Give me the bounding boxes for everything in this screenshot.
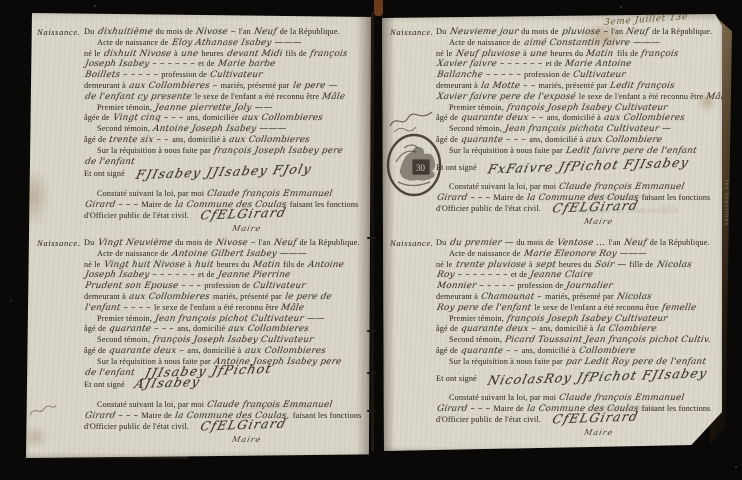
record-line: Xavier faivre – – – – – – et de Marie An…: [436, 57, 722, 68]
birth-record-left-1: Du dixhuitième du mois de Nivose – l'an …: [84, 25, 371, 232]
birth-record-right-1: Du Neuvieme jour du mois de pluviose – l…: [436, 25, 722, 226]
record-line: Et ont signé FxFaivre JfPichot FJIsabey: [436, 161, 722, 172]
printed-text: ans, domicilié: [175, 324, 227, 333]
printed-text: l'an: [606, 238, 622, 247]
handwritten-text: Jeanne Claire: [529, 270, 596, 281]
record-line: Maire: [436, 426, 722, 437]
printed-text: Du: [436, 238, 449, 247]
printed-text: l'an: [256, 238, 272, 247]
handwritten-text: aux Collombieres: [227, 135, 311, 146]
handwritten-text: Xavier faivre pere de l'exposé: [435, 92, 577, 103]
handwritten-text: Matin: [585, 49, 616, 60]
printed-text: faisant les fonctions: [291, 411, 362, 420]
printed-text: Premier témoin,: [449, 103, 506, 112]
printed-text: et de: [543, 59, 564, 68]
record-line: Maire: [84, 433, 371, 444]
handwritten-text: aux Collombiere: [585, 135, 665, 146]
printed-text: du mois de: [514, 238, 556, 247]
printed-text: heures du: [214, 260, 251, 269]
handwritten-text: Matin: [251, 260, 282, 271]
printed-text: fils de: [281, 260, 307, 269]
record-line: Constaté suivant la loi, par moi Claude …: [84, 398, 371, 409]
handwritten-text: le pere —: [291, 81, 339, 92]
printed-text: Maire de: [139, 411, 174, 420]
handwritten-text: femelle: [660, 303, 698, 314]
printed-text: Constaté suivant la loi, par moi: [449, 182, 558, 191]
handwritten-text: Mâle: [280, 303, 307, 314]
record-line: de l'enfant cy presente le sexe de l'enf…: [84, 90, 371, 101]
stamp: 30: [386, 132, 444, 198]
printed-text: le sexe de l'enfant a été reconnu être: [152, 303, 281, 312]
printed-text: profession de: [522, 70, 572, 79]
handwritten-text: Picard Toussaint Jean françois pichot Cu…: [503, 335, 713, 346]
printed-text: faisant les fonctions: [640, 193, 711, 202]
printed-text: du mois de: [519, 27, 561, 36]
handwritten-text: la Motte – –: [479, 81, 537, 92]
margin-paraph-right: [388, 108, 434, 134]
signature: CfELGirard: [200, 208, 288, 219]
printed-text: ans, domicilié à: [545, 113, 603, 122]
printed-text: profession de: [515, 281, 565, 290]
printed-text: profession de: [202, 281, 252, 290]
printed-text: âgé de: [84, 346, 108, 355]
handwritten-text: Journalier: [565, 281, 615, 292]
handwritten-text: pluviose –: [560, 27, 610, 38]
birth-record-left-2: Du Vingt Neuvième du mois de Nivose – l'…: [84, 236, 371, 443]
handwritten-text: Girard – – –: [435, 404, 492, 415]
stain-left-edge: [26, 168, 50, 226]
record-line: Boillets – – – – – profession de Cultiva…: [84, 68, 371, 79]
printed-text: Premier témoin,: [97, 314, 154, 323]
printed-text: Et ont signé: [436, 374, 479, 383]
printed-text: âgé de: [436, 324, 460, 333]
printed-text: faisant les fonctions: [640, 404, 711, 413]
signature: FxFaivre JfPichot FJIsabey: [487, 158, 690, 173]
printed-text: demeurant à: [84, 292, 128, 301]
printed-text: ans, domicilié à: [527, 135, 585, 144]
handwritten-text: françois Joseph Isabey Cultivateur: [151, 335, 315, 346]
printed-text: l'an: [237, 27, 253, 36]
record-line: Maire: [84, 222, 371, 233]
printed-text: d'Officier public de l'état civil.: [436, 204, 543, 213]
printed-text: heures: [199, 49, 226, 58]
printed-text: l'an: [609, 27, 625, 36]
handwritten-text: le pere de: [283, 292, 333, 303]
printed-text: d'Officier public de l'état civil.: [436, 415, 543, 424]
printed-text: Second témoin,: [97, 124, 152, 133]
handwritten-text: françois: [308, 49, 349, 60]
signature: CfELGirard: [552, 412, 640, 423]
handwritten-text: Neuf pluviose: [454, 49, 522, 60]
handwritten-text: huit: [193, 260, 215, 271]
handwritten-text: Mâle: [705, 92, 722, 103]
handwritten-text: Neuf: [624, 27, 650, 38]
handwritten-text: la Clombiere: [595, 324, 658, 335]
record-line: Monnier – – – – – profession de Journali…: [436, 279, 722, 290]
printed-text: fille de: [627, 260, 656, 269]
signature-title: Maire: [583, 428, 614, 439]
printed-text: d'Officier public de l'état civil.: [84, 211, 191, 220]
handwritten-text: Joseph Isabey – – – – – –: [83, 59, 197, 70]
handwritten-text: aimé Constantin faivre ———: [522, 38, 662, 49]
printed-text: Second témoin,: [97, 335, 152, 344]
handwritten-text: Claude françois Emmanuel: [557, 393, 686, 404]
handwritten-text: Marie Eleonore Roy ———: [522, 249, 648, 260]
handwritten-text: aux Collombieres: [227, 324, 311, 335]
handwritten-text: Monnier – – – – –: [435, 281, 516, 292]
handwritten-text: Eloy Athanase Isabey ———: [170, 38, 303, 49]
printed-text: de la République.: [648, 238, 710, 247]
handwritten-text: Prudent son Epouse – – –: [83, 281, 203, 292]
printed-text: Maire de: [491, 193, 526, 202]
signature-title: Maire: [231, 224, 262, 235]
printed-text: ans, domicilié à: [185, 346, 243, 355]
handwritten-text: de l'enfant: [83, 157, 136, 168]
handwritten-text: Vingt huit Nivose: [102, 260, 187, 271]
handwritten-text: Soir —: [593, 260, 628, 271]
handwritten-text: quarante – – –: [107, 324, 176, 335]
binding-tab: [374, 0, 383, 16]
handwritten-text: Claude françois Emmanuel: [205, 400, 334, 411]
printed-text: le sexe de l'enfant a été reconnu être: [532, 303, 661, 312]
printed-text: et de: [509, 270, 530, 279]
printed-text: mariés, présenté par: [536, 81, 609, 90]
record-line: Du du premier — du mois de Ventose ... l…: [436, 236, 722, 247]
handwritten-text: trente six – –: [107, 135, 170, 146]
printed-text: âgé de: [436, 113, 460, 122]
printed-text: de la République.: [650, 27, 712, 36]
printed-text: fils de: [283, 49, 309, 58]
printed-text: Premier témoin,: [449, 314, 506, 323]
handwritten-text: Marie barbe: [216, 59, 277, 70]
printed-text: Acte de naissance de: [97, 38, 171, 47]
printed-text: Acte de naissance de: [449, 38, 523, 47]
margin-paraph-left: [28, 402, 58, 420]
signature-title: Maire: [583, 217, 614, 228]
handwritten-text: Ledit françois: [609, 81, 677, 92]
handwritten-text: Cultivateur: [571, 70, 627, 81]
handwritten-text: Neuf: [622, 238, 648, 249]
printed-text: Et ont signé: [84, 380, 125, 389]
handwritten-text: Vingt Neuvième: [96, 238, 174, 249]
handwritten-text: Mâle: [320, 92, 347, 103]
handwritten-text: quarante deux –: [459, 324, 538, 335]
margin-label-naissance: Naissance.: [390, 27, 433, 37]
printed-text: Du: [84, 27, 97, 36]
handwritten-text: Jean françois pichota Cultivateur —: [503, 124, 673, 135]
record-line: Du dixhuitième du mois de Nivose – l'an …: [84, 25, 371, 36]
record-line: Constaté suivant la loi, par moi Claude …: [84, 187, 371, 198]
dust-specks: [0, 0, 2, 2]
printed-text: âgée de: [84, 113, 112, 122]
record-line: âgé de quarante – – – ans, domicilié aux…: [84, 322, 371, 333]
handwritten-text: une: [179, 49, 200, 60]
printed-text: né le: [84, 49, 103, 58]
printed-text: Du: [436, 27, 449, 36]
printed-text: Constaté suivant la loi, par moi: [97, 189, 206, 198]
handwritten-text: trente pluviose: [454, 260, 528, 271]
handwritten-text: Jean françois pichot Cultivateur ——: [153, 314, 326, 325]
handwritten-text: Roy – – – – – – –: [435, 270, 509, 281]
handwritten-text: Neuf: [252, 27, 278, 38]
printed-text: Du: [84, 238, 97, 247]
handwritten-text: Nivose –: [194, 27, 237, 38]
printed-text: âgé de: [84, 135, 108, 144]
handwritten-text: Girard – – –: [83, 200, 140, 211]
signature: CfELGirard: [200, 419, 288, 430]
printed-text: profession de: [159, 70, 209, 79]
printed-text: âgé de: [436, 346, 460, 355]
handwritten-text: Nicolas: [655, 260, 693, 271]
signature: AJIsabey: [134, 378, 202, 388]
handwritten-text: dixhuitième: [96, 27, 155, 38]
handwritten-text: de l'enfant cy presente: [83, 92, 193, 103]
printed-text: demeurant à: [436, 81, 480, 90]
handwritten-text: Antoine Joseph Isabey ———: [151, 124, 288, 135]
record-line: Xavier faivre pere de l'exposé le sexe d…: [436, 90, 722, 101]
handwritten-text: quarante – –: [459, 346, 520, 357]
handwritten-text: devant Midi: [225, 49, 284, 60]
record-line: Et ont signé NicolasRoy JfPichot FJIsabe…: [436, 372, 722, 383]
handwritten-text: aux Collombieres –: [127, 81, 219, 92]
printed-text: né le: [436, 49, 455, 58]
handwritten-text: aux Collombieres: [243, 346, 327, 357]
handwritten-text: aux Collombieres: [240, 113, 324, 124]
gutter-shadow: [371, 12, 374, 452]
printed-text: Maire de: [139, 200, 174, 209]
handwritten-text: françois Joseph Isabey Cultivateur: [505, 103, 669, 114]
handwritten-text: françois: [640, 49, 681, 60]
printed-text: du mois de: [173, 238, 215, 247]
record-line: Roy pere de l'enfant le sexe de l'enfant…: [436, 301, 722, 312]
printed-text: ans, domiciliée: [185, 113, 241, 122]
record-line: Du Neuvieme jour du mois de pluviose – l…: [436, 25, 722, 36]
handwritten-text: Roy pere de l'enfant: [435, 303, 533, 314]
printed-text: Sur la réquisition à nous faite par: [449, 146, 565, 155]
printed-text: né le: [84, 260, 103, 269]
handwritten-text: Jeanne pierrette Joly ——: [153, 103, 274, 114]
handwritten-text: Jeanne Pierrine: [216, 270, 292, 281]
handwritten-text: Nicolas: [615, 292, 653, 303]
printed-text: Constaté suivant la loi, par moi: [97, 400, 206, 409]
record-line: Constaté suivant la loi, par moi Claude …: [436, 180, 722, 191]
stain-left-bottom: [26, 426, 48, 448]
signature: CfELGirard: [552, 201, 640, 212]
handwritten-text: Antoine: [306, 260, 346, 271]
printed-text: Constaté suivant la loi, par moi: [449, 393, 558, 402]
printed-text: heures du: [548, 49, 585, 58]
handwritten-text: du premier —: [448, 238, 515, 249]
printed-text: mariés, présenté par: [218, 81, 291, 90]
margin-label-naissance: Naissance.: [390, 238, 433, 248]
printed-text: Second témoin,: [449, 124, 504, 133]
handwritten-text: Neuf: [272, 238, 298, 249]
record-line: Et ont signé FJIsabey JJIsabey FJoly: [84, 167, 371, 178]
printed-text: ans, domicilié à: [170, 135, 228, 144]
handwritten-text: Cultivateur: [208, 70, 264, 81]
printed-text: Second témoin,: [449, 335, 504, 344]
stamp-value: 30: [416, 163, 426, 173]
printed-text: et de: [196, 270, 217, 279]
printed-text: ans, domicilié à: [537, 324, 595, 333]
handwritten-text: Ballanche – – – – –: [435, 70, 523, 81]
record-line: Maire: [436, 215, 722, 226]
printed-text: et de: [196, 59, 217, 68]
handwritten-text: dixhuit Nivose: [102, 49, 173, 60]
handwritten-text: Neuvieme jour: [448, 27, 520, 38]
record-line: Du Vingt Neuvième du mois de Nivose – l'…: [84, 236, 371, 247]
handwritten-text: une: [528, 49, 549, 60]
printed-text: le sexe de l'enfant a été reconnu être: [193, 92, 322, 101]
printed-text: heures du: [557, 260, 594, 269]
printed-text: mariés, présenté par: [211, 292, 284, 301]
record-line: Et ont signéAJIsabey: [84, 378, 371, 389]
margin-label-naissance: Naissance.: [37, 27, 80, 37]
printed-text: le sexe de l'enfant a été reconnu être: [577, 92, 706, 101]
signature-title: Maire: [231, 435, 262, 446]
edge-ghost-text: les fonctions: [723, 180, 730, 310]
handwritten-text: Marie Antoine: [563, 59, 633, 70]
handwritten-text: aux Collombieres: [602, 113, 686, 124]
record-line: né le dixhuit Nivose à une heures devant…: [84, 47, 371, 58]
printed-text: du mois de: [153, 27, 195, 36]
handwritten-text: de l'enfant: [83, 368, 136, 379]
handwritten-text: quarante – – –: [459, 135, 528, 146]
handwritten-text: françois Joseph Isabey Cultivateur: [505, 314, 669, 325]
handwritten-text: Girard – – –: [83, 411, 140, 422]
handwritten-text: Antoine Gilbert Isabey ———: [170, 249, 309, 260]
printed-text: âgé de: [84, 324, 108, 333]
printed-text: Et ont signé: [84, 169, 127, 178]
printed-text: né le: [436, 260, 455, 269]
printed-text: d'Officier public de l'état civil.: [84, 422, 191, 431]
register-spread: les fonctions faisant les fonctions Nais…: [0, 0, 742, 480]
printed-text: Premier témoin,: [97, 103, 154, 112]
printed-text: de la République.: [297, 238, 359, 247]
printed-text: demeurant à: [436, 292, 480, 301]
handwritten-text: Cultivateur: [251, 281, 307, 292]
handwritten-text: sept: [534, 260, 557, 271]
handwritten-text: Nivose –: [214, 238, 257, 249]
handwritten-text: Vingt cinq – – –: [111, 113, 185, 124]
printed-text: de la République.: [278, 27, 340, 36]
printed-text: demeurant à: [84, 81, 128, 90]
birth-record-right-2: Du du premier — du mois de Ventose ... l…: [436, 236, 722, 437]
printed-text: faisant les fonctions: [288, 200, 359, 209]
handwritten-text: Boillets – – – – –: [83, 70, 160, 81]
printed-text: Acte de naissance de: [449, 249, 523, 258]
page-right: 3eme Juillet 13e 30 faisant les fonction…: [382, 14, 722, 452]
handwritten-text: françois Joseph Isabey pere: [212, 146, 345, 157]
signature: NicolasRoy JfPichot FJIsabey: [487, 369, 709, 385]
handwritten-text: Claude françois Emmanuel: [205, 189, 334, 200]
handwritten-text: l'enfant – – – –: [83, 303, 153, 314]
printed-text: Sur la réquisition à nous faite par: [449, 357, 565, 366]
margin-label-naissance: Naissance.: [37, 238, 80, 248]
printed-text: fils de: [615, 49, 641, 58]
printed-text: Acte de naissance de: [97, 249, 171, 258]
printed-text: mariés, présenté par: [543, 292, 616, 301]
handwritten-text: Joseph Isabey – – – – – –: [83, 270, 197, 281]
handwritten-text: Ventose ...: [555, 238, 607, 249]
record-line: Ballanche – – – – – profession de Cultiv…: [436, 68, 722, 79]
handwritten-text: quarante deux –: [107, 346, 186, 357]
record-line: Prudent son Epouse – – – profession de C…: [84, 279, 371, 290]
handwritten-text: Claude françois Emmanuel: [557, 182, 686, 193]
signature: FJIsabey JJIsabey FJoly: [135, 165, 313, 179]
printed-text: ans, domicilié à: [519, 346, 577, 355]
handwritten-text: Chamounat –: [479, 292, 544, 303]
printed-text: Sur la réquisition à nous faite par: [97, 146, 213, 155]
handwritten-text: quarante deux – –: [459, 113, 545, 124]
handwritten-text: Xavier faivre – – – – – –: [435, 59, 544, 70]
record-line: Constaté suivant la loi, par moi Claude …: [436, 391, 722, 402]
handwritten-text: aux Collombieres: [127, 292, 211, 303]
page-left: faisant les fonctions Naissance.Du dixhu…: [26, 10, 371, 458]
printed-text: Maire de: [491, 404, 526, 413]
handwritten-text: Collombiere: [577, 346, 637, 357]
